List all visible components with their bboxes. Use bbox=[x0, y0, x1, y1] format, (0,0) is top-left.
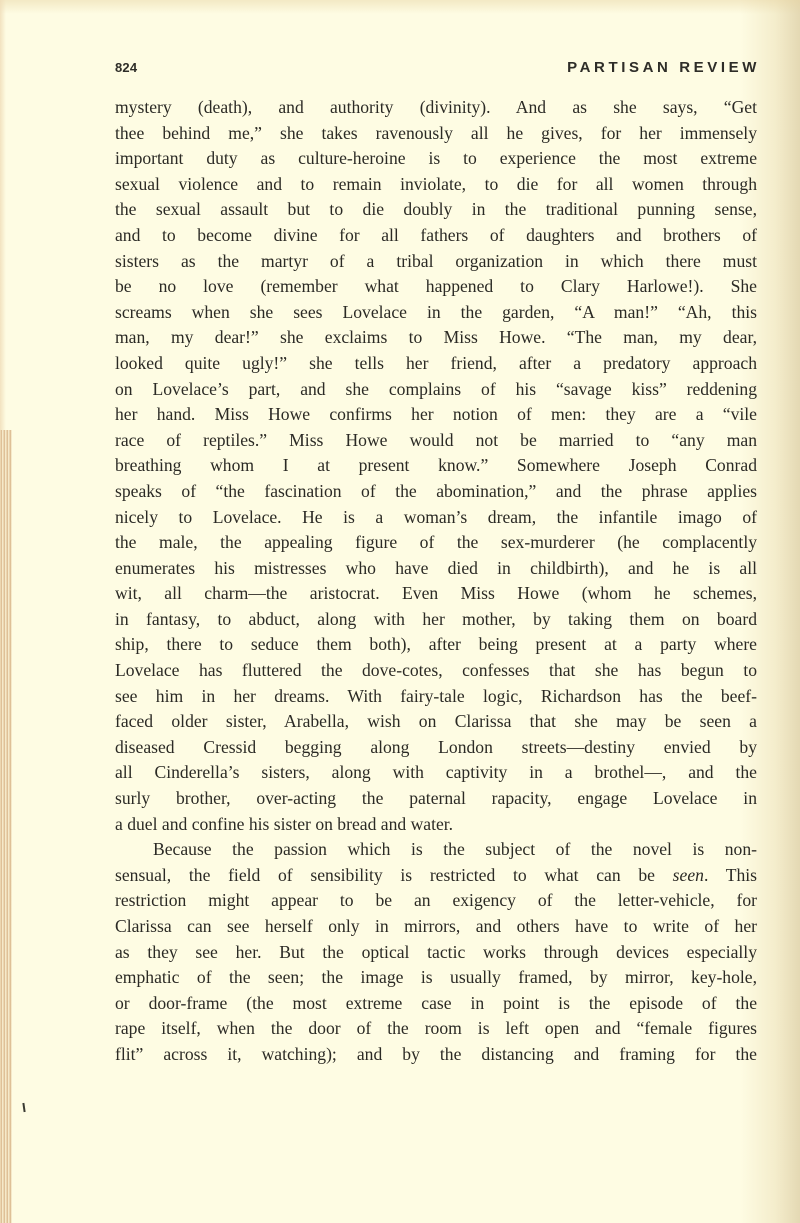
text-line: mystery (death), and authority (divinity… bbox=[115, 95, 757, 121]
text-line: sisters as the martyr of a tribal organi… bbox=[115, 249, 757, 275]
text-line: see him in her dreams. With fairy-tale l… bbox=[115, 684, 757, 710]
text-run: sensual, the field of sensibility is res… bbox=[115, 865, 673, 885]
text-line: enumerates his mistresses who have died … bbox=[115, 556, 757, 582]
stray-ink-mark bbox=[22, 1103, 25, 1112]
page-binding-edge-upper bbox=[0, 0, 6, 430]
page-number: 824 bbox=[115, 60, 137, 75]
text-line: screams when she sees Lovelace in the ga… bbox=[115, 300, 757, 326]
text-line: the sexual assault but to die doubly in … bbox=[115, 197, 757, 223]
text-line: on Lovelace’s part, and she complains of… bbox=[115, 377, 757, 403]
text-line: rape itself, when the door of the room i… bbox=[115, 1016, 757, 1042]
text-line: wit, all charm—the aristocrat. Even Miss… bbox=[115, 581, 757, 607]
text-line: speaks of “the fascination of the abomin… bbox=[115, 479, 757, 505]
text-line: faced older sister, Arabella, wish on Cl… bbox=[115, 709, 757, 735]
text-line: or door-frame (the most extreme case in … bbox=[115, 991, 757, 1017]
italic-emphasis: seen bbox=[673, 865, 704, 885]
text-line: nicely to Lovelace. He is a woman’s drea… bbox=[115, 505, 757, 531]
text-line: looked quite ugly!” she tells her friend… bbox=[115, 351, 757, 377]
text-line: Because the passion which is the subject… bbox=[115, 837, 757, 863]
text-run: . This bbox=[704, 865, 757, 885]
text-line: important duty as culture-heroine is to … bbox=[115, 146, 757, 172]
paragraph-2: Because the passion which is the subject… bbox=[115, 837, 757, 1067]
text-line: in fantasy, to abduct, along with her mo… bbox=[115, 607, 757, 633]
text-line: breathing whom I at present know.” Somew… bbox=[115, 453, 757, 479]
text-line: and to become divine for all fathers of … bbox=[115, 223, 757, 249]
text-line: emphatic of the seen; the image is usual… bbox=[115, 965, 757, 991]
text-line: the male, the appealing figure of the se… bbox=[115, 530, 757, 556]
text-line: flit” across it, watching); and by the d… bbox=[115, 1042, 757, 1068]
text-line: surly brother, over-acting the paternal … bbox=[115, 786, 757, 812]
text-line: diseased Cressid begging along London st… bbox=[115, 735, 757, 761]
journal-title: PARTISAN REVIEW bbox=[567, 59, 760, 76]
text-line: man, my dear!” she exclaims to Miss Howe… bbox=[115, 325, 757, 351]
text-line: ship, there to seduce them both), after … bbox=[115, 632, 757, 658]
page-stack-edge bbox=[0, 430, 12, 1223]
page-top-shadow bbox=[0, 0, 800, 14]
text-line: Clarissa can see herself only in mirrors… bbox=[115, 914, 757, 940]
body-text: mystery (death), and authority (divinity… bbox=[115, 95, 757, 1068]
text-line: sexual violence and to remain inviolate,… bbox=[115, 172, 757, 198]
text-line: restriction might appear to be an exigen… bbox=[115, 888, 757, 914]
text-line: as they see her. But the optical tactic … bbox=[115, 940, 757, 966]
text-line: Lovelace has fluttered the dove-cotes, c… bbox=[115, 658, 757, 684]
running-head: 824 PARTISAN REVIEW bbox=[115, 55, 757, 79]
text-line: thee behind me,” she takes ravenously al… bbox=[115, 121, 757, 147]
text-line: a duel and confine his sister on bread a… bbox=[115, 812, 757, 838]
text-line: be no love (remember what happened to Cl… bbox=[115, 274, 757, 300]
text-line-with-italic: sensual, the field of sensibility is res… bbox=[115, 863, 757, 889]
scanned-page: 824 PARTISAN REVIEW mystery (death), and… bbox=[0, 0, 800, 1223]
text-line: all Cinderella’s sisters, along with cap… bbox=[115, 760, 757, 786]
text-line: her hand. Miss Howe confirms her notion … bbox=[115, 402, 757, 428]
text-line: race of reptiles.” Miss Howe would not b… bbox=[115, 428, 757, 454]
paragraph-1: mystery (death), and authority (divinity… bbox=[115, 95, 757, 837]
